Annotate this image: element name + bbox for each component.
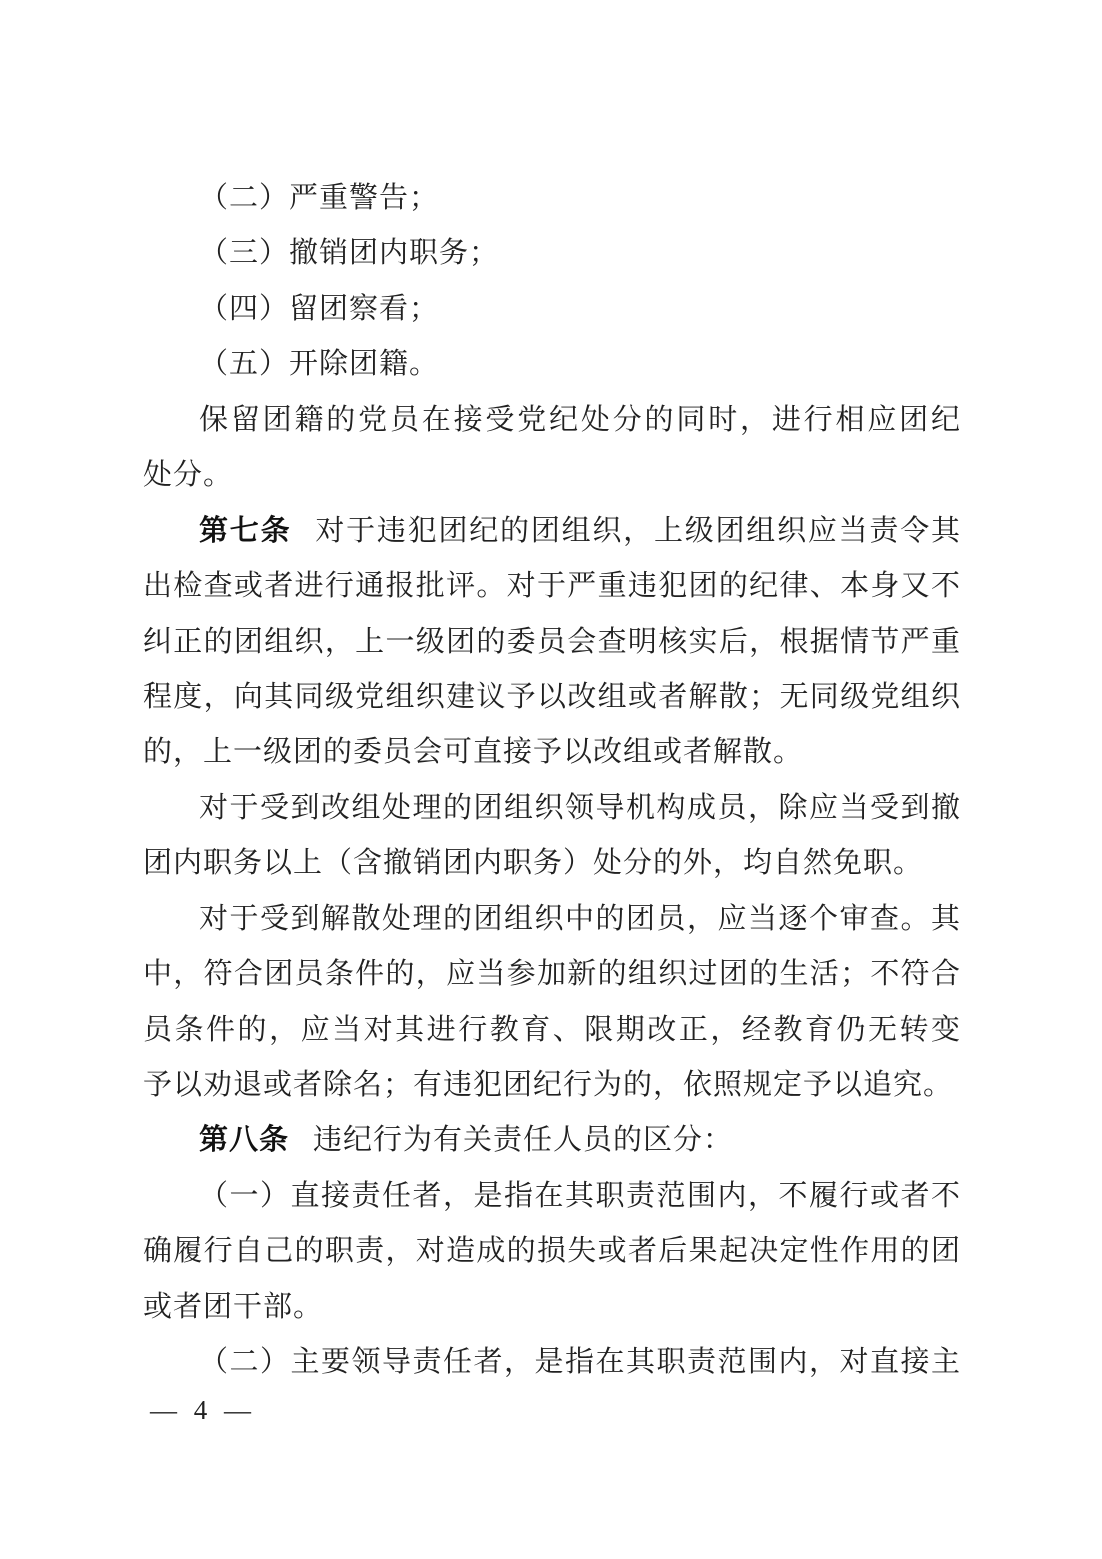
paragraph-line: 员条件的，应当对其进行教育、限期改正，经教育仍无转变的， bbox=[143, 1003, 961, 1058]
list-item-line: （五）开除团籍。 bbox=[143, 337, 961, 392]
paragraph-line: 中，符合团员条件的，应当参加新的组织过团的生活；不符合团 bbox=[143, 947, 961, 1002]
paragraph-line: 予以劝退或者除名；有违犯团纪行为的，依照规定予以追究。 bbox=[143, 1058, 961, 1113]
paragraph-line: （一）直接责任者，是指在其职责范围内，不履行或者不正 bbox=[143, 1169, 961, 1224]
list-item-line: （四）留团察看； bbox=[143, 282, 961, 337]
document-page: （二）严重警告； （三）撤销团内职务； （四）留团察看； （五）开除团籍。 保留… bbox=[0, 0, 1102, 1559]
paragraph-line: 保留团籍的党员在接受党纪处分的同时，进行相应团纪 bbox=[143, 393, 961, 448]
paragraph-line: 程度，向其同级党组织建议予以改组或者解散；无同级党组织 bbox=[143, 670, 961, 725]
paragraph-line: 或者团干部。 bbox=[143, 1280, 961, 1335]
page-body: （二）严重警告； （三）撤销团内职务； （四）留团察看； （五）开除团籍。 保留… bbox=[143, 171, 961, 1391]
paragraph-line: 确履行自己的职责，对造成的损失或者后果起决定性作用的团员 bbox=[143, 1224, 961, 1279]
paragraph-line: 出检查或者进行通报批评。对于严重违犯团的纪律、本身又不能 bbox=[143, 559, 961, 614]
paragraph-line: 团内职务以上（含撤销团内职务）处分的外，均自然免职。 bbox=[143, 836, 961, 891]
paragraph-line: 纠正的团组织，上一级团的委员会查明核实后，根据情节严重的 bbox=[143, 615, 961, 670]
article-7-heading: 第七条对于违犯团纪的团组织，上级团组织应当责令其作 bbox=[143, 504, 961, 559]
article-number: 第八条 bbox=[199, 1124, 289, 1156]
list-item-line: （三）撤销团内职务； bbox=[143, 226, 961, 281]
paragraph-line: （二）主要领导责任者，是指在其职责范围内，对直接主管 bbox=[143, 1335, 961, 1390]
article-8-heading: 第八条违纪行为有关责任人员的区分： bbox=[143, 1113, 961, 1168]
paragraph-line: 处分。 bbox=[143, 448, 961, 503]
paragraph-line: 的，上一级团的委员会可直接予以改组或者解散。 bbox=[143, 725, 961, 780]
paragraph-line: 对于受到改组处理的团组织领导机构成员，除应当受到撤销 bbox=[143, 781, 961, 836]
heading-text: 违纪行为有关责任人员的区分： bbox=[313, 1124, 733, 1156]
article-number: 第七条 bbox=[199, 515, 291, 547]
paragraph-line: 对于受到解散处理的团组织中的团员，应当逐个审查。其 bbox=[143, 892, 961, 947]
list-item-line: （二）严重警告； bbox=[143, 171, 961, 226]
page-number: — 4 — bbox=[150, 1390, 251, 1430]
